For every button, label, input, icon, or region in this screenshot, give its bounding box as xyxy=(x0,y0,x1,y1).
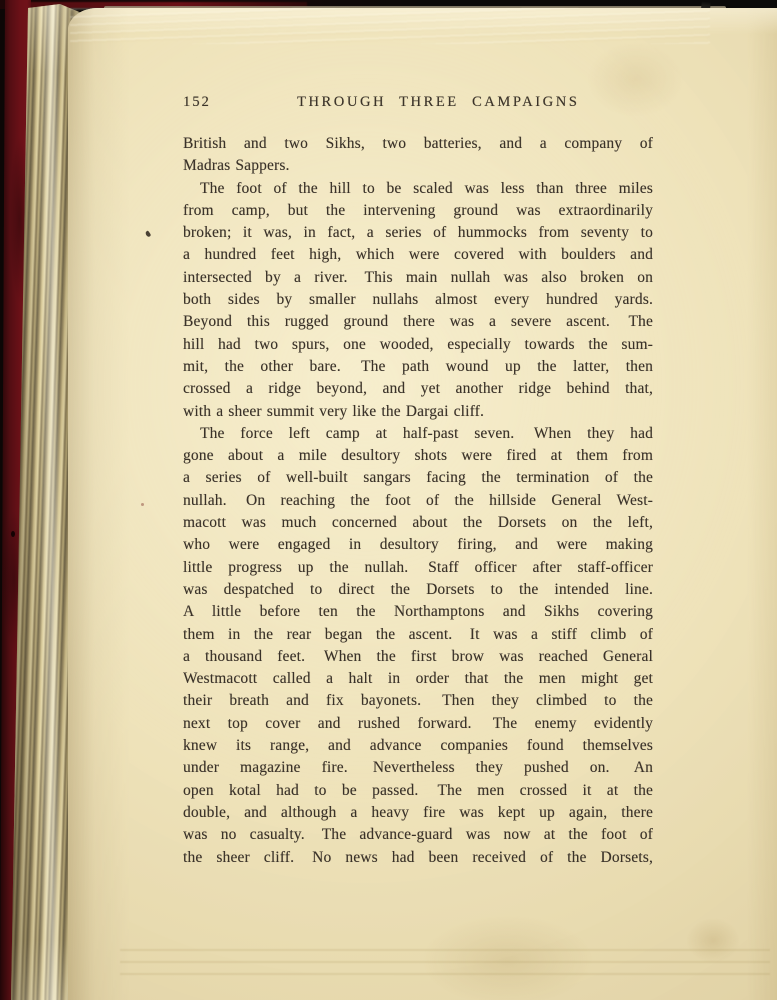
book-photo: 152 THROUGH THREE CAMPAIGNS British and … xyxy=(0,0,777,1000)
text-line: was despatched to direct the Dorsets to … xyxy=(183,579,653,601)
text-line: a series of well-built sangars facing th… xyxy=(183,467,653,489)
text-line: The foot of the hill to be scaled was le… xyxy=(183,178,653,200)
text-line: under magazine fire. Nevertheless they p… xyxy=(183,757,653,779)
text-line: gone about a mile desultory shots were f… xyxy=(183,445,653,467)
text-line: hill had two spurs, one wooded, especial… xyxy=(183,334,653,356)
text-line: Madras Sappers. xyxy=(183,155,653,177)
text-line: double, and although a heavy fire was ke… xyxy=(183,802,653,824)
text-line: little progress up the nullah. Staff off… xyxy=(183,557,653,579)
text-line: crossed a ridge beyond, and yet another … xyxy=(183,378,653,400)
text-line: a thousand feet. When the first brow was… xyxy=(183,646,653,668)
text-line: mit, the other bare. The path wound up t… xyxy=(183,356,653,378)
page-top-curl-streaks xyxy=(70,8,710,44)
text-line: broken; it was, in fact, a series of hum… xyxy=(183,222,653,244)
text-block: British and two Sikhs, two batteries, an… xyxy=(183,133,653,869)
page-number: 152 xyxy=(183,94,211,111)
text-line: The force left camp at half-past seven. … xyxy=(183,423,653,445)
text-line: them in the rear began the ascent. It wa… xyxy=(183,624,653,646)
text-line: the sheer cliff. No news had been receiv… xyxy=(183,847,653,869)
text-line: macott was much concerned about the Dors… xyxy=(183,512,653,534)
text-line: Beyond this rugged ground there was a se… xyxy=(183,311,653,333)
margin-faint-speck xyxy=(141,503,144,506)
text-line: A little before ten the Northamptons and… xyxy=(183,601,653,623)
page-header: 152 THROUGH THREE CAMPAIGNS xyxy=(183,94,653,112)
text-line: next top cover and rushed forward. The e… xyxy=(183,713,653,735)
text-line: who were engaged in desultory firing, an… xyxy=(183,534,653,556)
text-line: with a sheer summit very like the Dargai… xyxy=(183,401,653,423)
text-line: both sides by smaller nullahs almost eve… xyxy=(183,289,653,311)
page-bottom-curl-streaks xyxy=(120,944,770,982)
text-line: nullah. On reaching the foot of the hill… xyxy=(183,490,653,512)
text-line: Westmacott called a halt in order that t… xyxy=(183,668,653,690)
running-header: THROUGH THREE CAMPAIGNS xyxy=(297,94,553,111)
text-line: a hundred feet high, which were covered … xyxy=(183,244,653,266)
text-line: open kotal had to be passed. The men cro… xyxy=(183,780,653,802)
text-line: their breath and fix bayonets. Then they… xyxy=(183,690,653,712)
text-line: British and two Sikhs, two batteries, an… xyxy=(183,133,653,155)
text-line: from camp, but the intervening ground wa… xyxy=(183,200,653,222)
text-line: knew its range, and advance companies fo… xyxy=(183,735,653,757)
text-line: intersected by a river. This main nullah… xyxy=(183,267,653,289)
cover-speck xyxy=(11,531,15,537)
text-line: was no casualty. The advance-guard was n… xyxy=(183,824,653,846)
